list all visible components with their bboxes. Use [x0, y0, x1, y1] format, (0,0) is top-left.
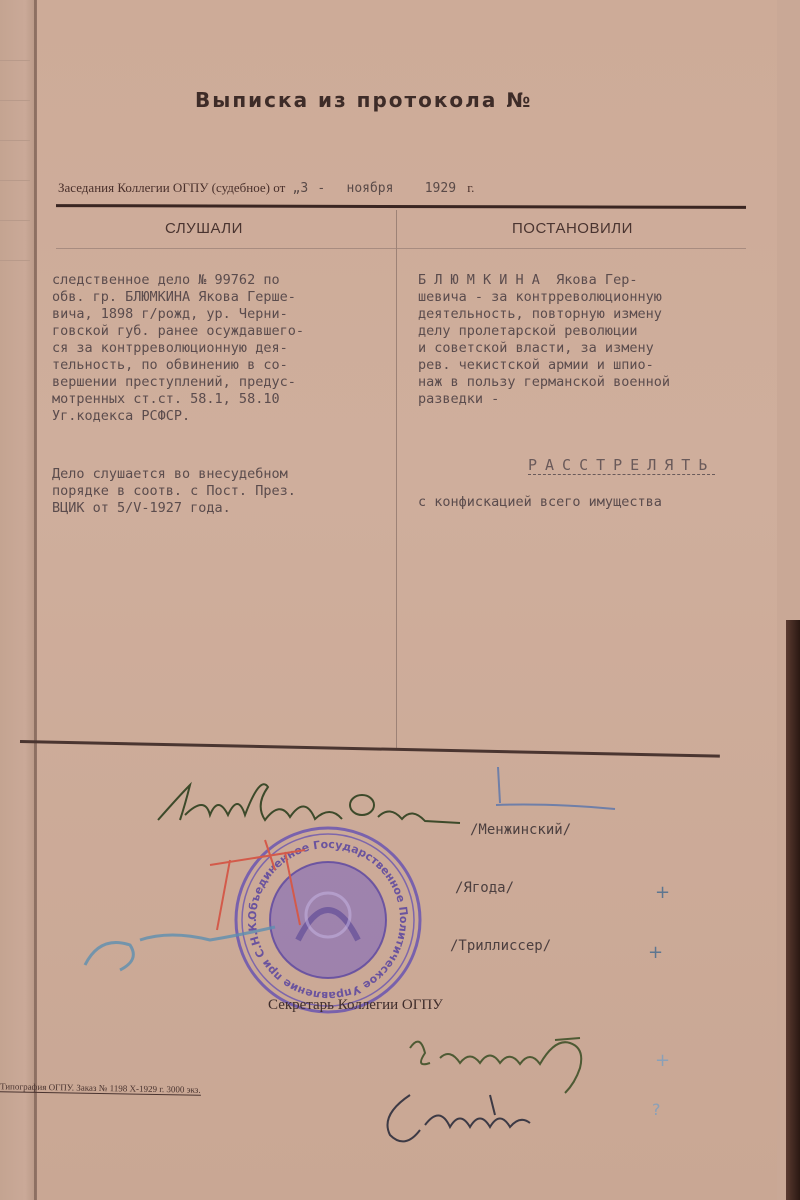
- handwritten-signature-bottom: [370, 1085, 550, 1165]
- session-month: ноября: [347, 181, 394, 196]
- blue-pencil-signature: [80, 915, 280, 985]
- session-day: „3: [293, 181, 309, 196]
- session-year-suffix: г.: [467, 180, 474, 195]
- column-header-resolved: ПОСТАНОВИЛИ: [512, 220, 633, 237]
- signatory-menzhinsky: /Менжинский/: [470, 822, 571, 838]
- session-line: Заседания Коллегии ОГПУ (судебное) от „3…: [58, 180, 474, 196]
- blue-bracket-mark: [490, 765, 630, 815]
- document-title: Выписка из протокола №: [195, 88, 532, 112]
- column-header-heard: СЛУШАЛИ: [165, 220, 243, 237]
- handwritten-signature-menzhinsky: [150, 775, 480, 845]
- confiscation-text: с конфискацией всего имущества: [418, 494, 662, 511]
- session-year: 1929: [425, 181, 456, 196]
- heard-procedure-text: Дело слушается во внесудебном порядке в …: [52, 466, 296, 517]
- secretary-title: Секретарь Коллегии ОГПУ: [268, 997, 443, 1014]
- page-edge-shadow: [786, 620, 800, 1200]
- column-header-rule: [56, 248, 746, 249]
- session-label: Заседания Коллегии ОГПУ (судебное) от: [58, 180, 285, 195]
- heard-case-text: следственное дело № 99762 по обв. гр. БЛ…: [52, 272, 304, 425]
- signatory-yagoda: /Ягода/: [455, 880, 514, 896]
- adjacent-page-margin: [0, 0, 36, 1200]
- signatory-trilisser: /Триллиссер/: [450, 938, 551, 954]
- resolved-charges-text: Б Л Ю М К И Н А Якова Гер- шевича - за к…: [418, 272, 670, 408]
- check-mark-trilisser: +: [648, 942, 663, 963]
- verdict-text: РАССТРЕЛЯТЬ: [528, 456, 715, 475]
- session-dash: -: [317, 181, 325, 196]
- question-mark: ?: [652, 1100, 661, 1119]
- check-mark-yagoda: +: [655, 882, 670, 903]
- column-separator: [396, 210, 397, 750]
- check-mark-secretary: +: [655, 1050, 670, 1071]
